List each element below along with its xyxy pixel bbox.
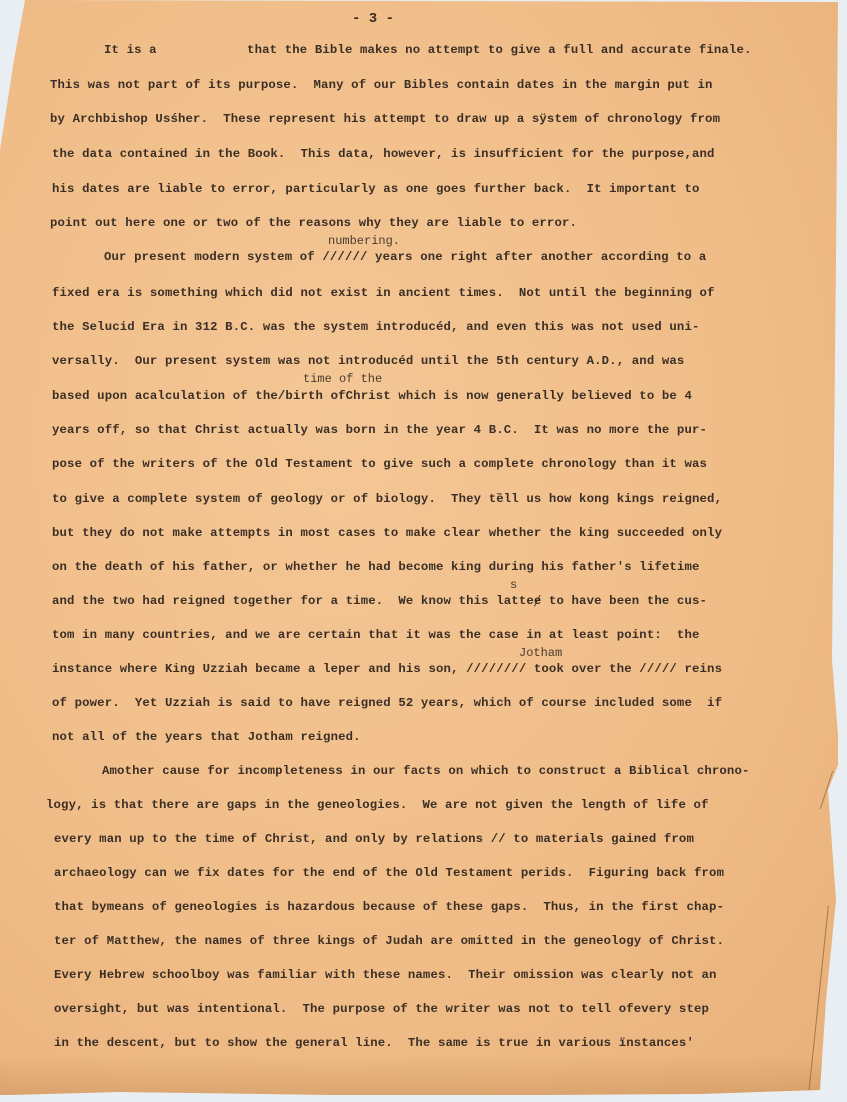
text-line: Every Hebrew schoolboy was familiar with…	[54, 968, 717, 982]
text-line: point out here one or two of the reasons…	[50, 216, 577, 230]
text-line: by Archbishop Usśher. These represent hi…	[50, 112, 720, 126]
interlinear-insertion: Jotham	[519, 646, 562, 660]
text-line: and the two had reigned together for a t…	[52, 594, 707, 608]
text-line: Our present modern system of ////// year…	[104, 250, 706, 264]
text-line: archaeology can we fix dates for the end…	[54, 866, 724, 880]
text-line: fixed era is something which did not exi…	[52, 286, 715, 300]
text-line: Amother cause for incompleteness in our …	[102, 764, 750, 778]
text-line: This was not part of its purpose. Many o…	[50, 78, 713, 92]
typewritten-page: - 3 - It is a that the Bible makes no at…	[0, 0, 838, 1095]
text-line: to give a complete system of geology or …	[52, 492, 722, 506]
text-line: the Selucid Era in 312 B.C. was the syst…	[52, 320, 700, 334]
text-line: oversight, but was intentional. The purp…	[54, 1002, 709, 1016]
text-line: logy, is that there are gaps in the gene…	[46, 798, 709, 812]
text-line: his dates are liable to error, particula…	[52, 182, 700, 196]
text-line: on the death of his father, or whether h…	[52, 560, 700, 574]
text-line: every man up to the time of Christ, and …	[54, 832, 694, 846]
text-line: not all of the years that Jotham reigned…	[52, 730, 361, 744]
text-line: of power. Yet Uzziah is said to have rei…	[52, 696, 722, 710]
text-line: the data contained in the Book. This dat…	[52, 147, 715, 161]
page-number: - 3 -	[352, 11, 394, 27]
text-line: in the descent, but to show the general …	[54, 1036, 694, 1050]
text-line: that bymeans of geneologies is hazardous…	[54, 900, 724, 914]
paper-tear	[820, 771, 833, 809]
text-line: ter of Matthew, the names of three kings…	[54, 934, 724, 948]
text-line: but they do not make attempts in most ca…	[52, 526, 722, 540]
text-line: years off, so that Christ actually was b…	[52, 423, 707, 437]
interlinear-insertion: numbering.	[328, 234, 400, 248]
paper-tear	[808, 905, 829, 1094]
text-line: based upon acalculation of the/birth ofC…	[52, 389, 692, 403]
text-line: versally. Our present system was not int…	[52, 354, 684, 368]
interlinear-insertion: s	[510, 578, 517, 592]
interlinear-insertion: time of the	[303, 372, 382, 386]
text-line: tom in many countries, and we are certai…	[52, 628, 700, 642]
text-line: instance where King Uzziah became a lepe…	[52, 662, 722, 676]
text-line: It is a that the Bible makes no attempt …	[104, 43, 752, 57]
text-line: pose of the writers of the Old Testament…	[52, 457, 707, 471]
